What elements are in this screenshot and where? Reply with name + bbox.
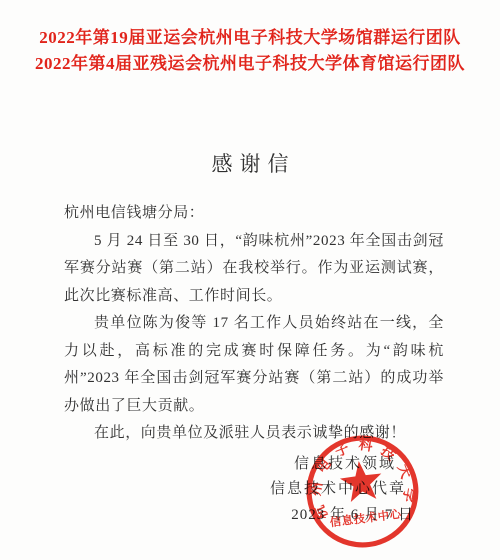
letter-page: 2022年第19届亚运会杭州电子科技大学场馆群运行团队 2022年第4届亚残运会… xyxy=(0,0,500,560)
paragraph-3: 在此，向贵单位及派驻人员表示诚挚的感谢！ xyxy=(64,420,444,448)
recipient-line: 杭州电信钱塘分局： xyxy=(64,200,444,228)
signature-unit: 信息技术领域 xyxy=(294,452,396,473)
signature-agent: 信息技术中心代章 xyxy=(270,477,406,498)
paragraph-1: 5 月 24 日至 30 日，“韵味杭州”2023 年全国击剑冠军赛分站赛（第二… xyxy=(64,228,444,311)
paragraph-2: 贵单位陈为俊等 17 名工作人员始终站在一线，全力以赴，高标准的完成赛时保障任务… xyxy=(64,310,444,420)
letterhead-line1: 2022年第19届亚运会杭州电子科技大学场馆群运行团队 xyxy=(0,25,500,51)
signature-date: 2023 年 6 月 7 日 xyxy=(291,503,414,524)
letterhead: 2022年第19届亚运会杭州电子科技大学场馆群运行团队 2022年第4届亚残运会… xyxy=(0,0,500,77)
letter-body: 杭州电信钱塘分局： 5 月 24 日至 30 日，“韵味杭州”2023 年全国击… xyxy=(64,200,444,448)
letterhead-line2: 2022年第4届亚残运会杭州电子科技大学体育馆运行团队 xyxy=(0,51,500,77)
letter-title: 感谢信 xyxy=(0,148,500,178)
